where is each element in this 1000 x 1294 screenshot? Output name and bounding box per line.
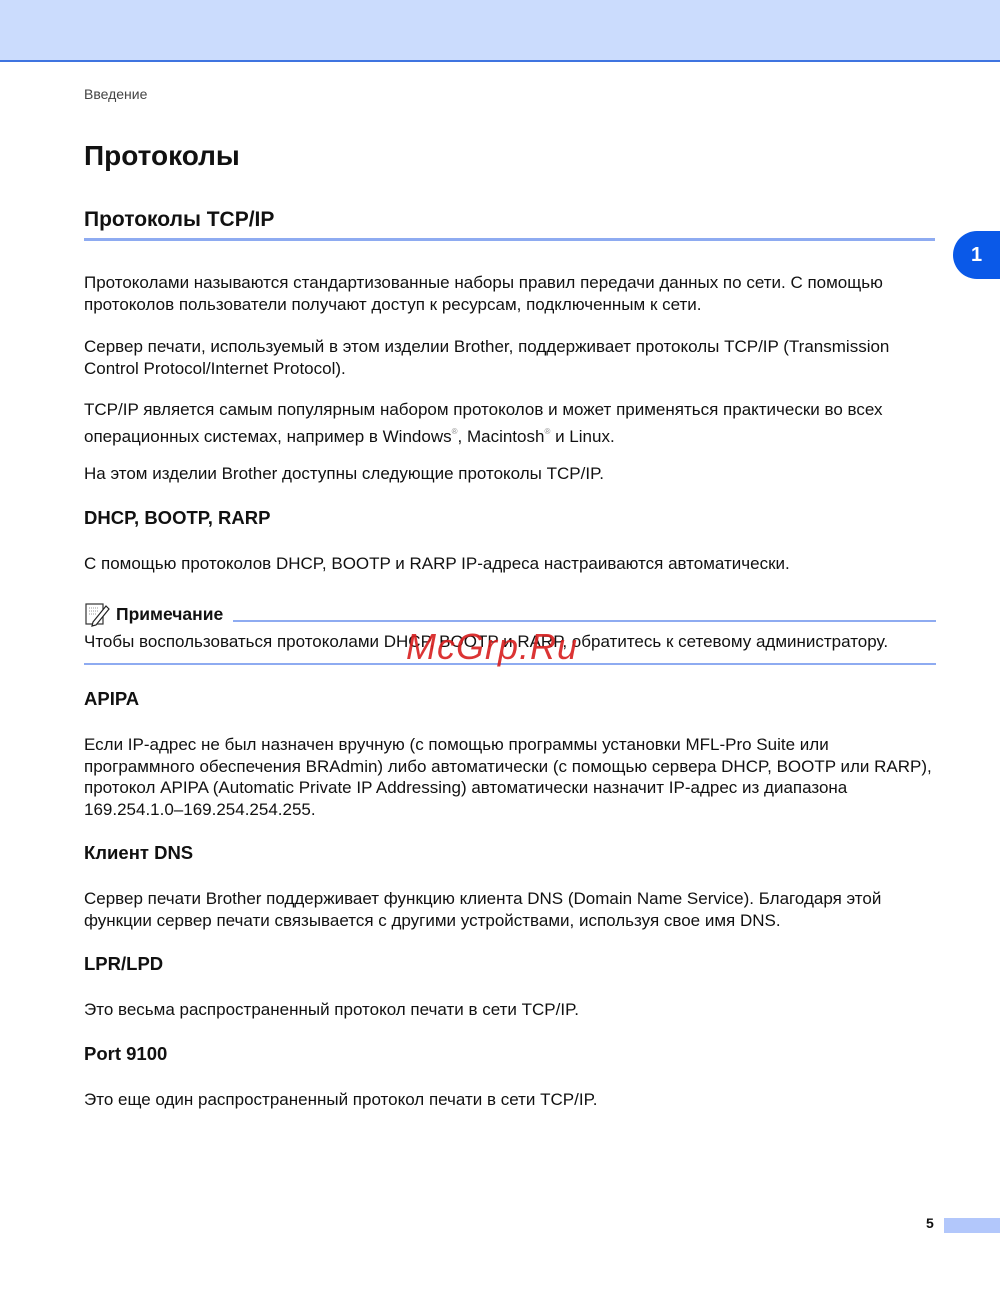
note-title: Примечание [116, 604, 223, 625]
paragraph: Это еще один распространенный протокол п… [84, 1089, 944, 1111]
page-title: Протоколы [84, 140, 240, 172]
section-rule [84, 238, 935, 241]
paragraph: TCP/IP является самым популярным набором… [84, 399, 944, 447]
subsection-title: Клиент DNS [84, 842, 193, 864]
subsection-title: APIPA [84, 688, 139, 710]
paragraph: Если IP-адрес не был назначен вручную (с… [84, 734, 944, 820]
paragraph: Сервер печати, используемый в этом издел… [84, 336, 944, 379]
note-pencil-icon [84, 601, 110, 627]
chapter-tab: 1 [953, 231, 1000, 279]
note-rule [233, 620, 936, 622]
breadcrumb: Введение [84, 86, 147, 102]
section-title: Протоколы TCP/IP [84, 208, 274, 232]
note-header: Примечание [84, 600, 936, 628]
subsection-title: LPR/LPD [84, 953, 163, 975]
paragraph: С помощью протоколов DHCP, BOOTP и RARP … [84, 553, 944, 575]
subsection-title: Port 9100 [84, 1043, 167, 1065]
paragraph: Это весьма распространенный протокол печ… [84, 999, 944, 1021]
paragraph: Протоколами называются стандартизованные… [84, 272, 944, 315]
watermark: McGrp.Ru [406, 626, 578, 668]
paragraph: Сервер печати Brother поддерживает функц… [84, 888, 944, 931]
paragraph: На этом изделии Brother доступны следующ… [84, 463, 944, 485]
page-number: 5 [926, 1215, 934, 1231]
footer-band [944, 1218, 1000, 1233]
header-band [0, 0, 1000, 62]
subsection-title: DHCP, BOOTP, RARP [84, 507, 270, 529]
